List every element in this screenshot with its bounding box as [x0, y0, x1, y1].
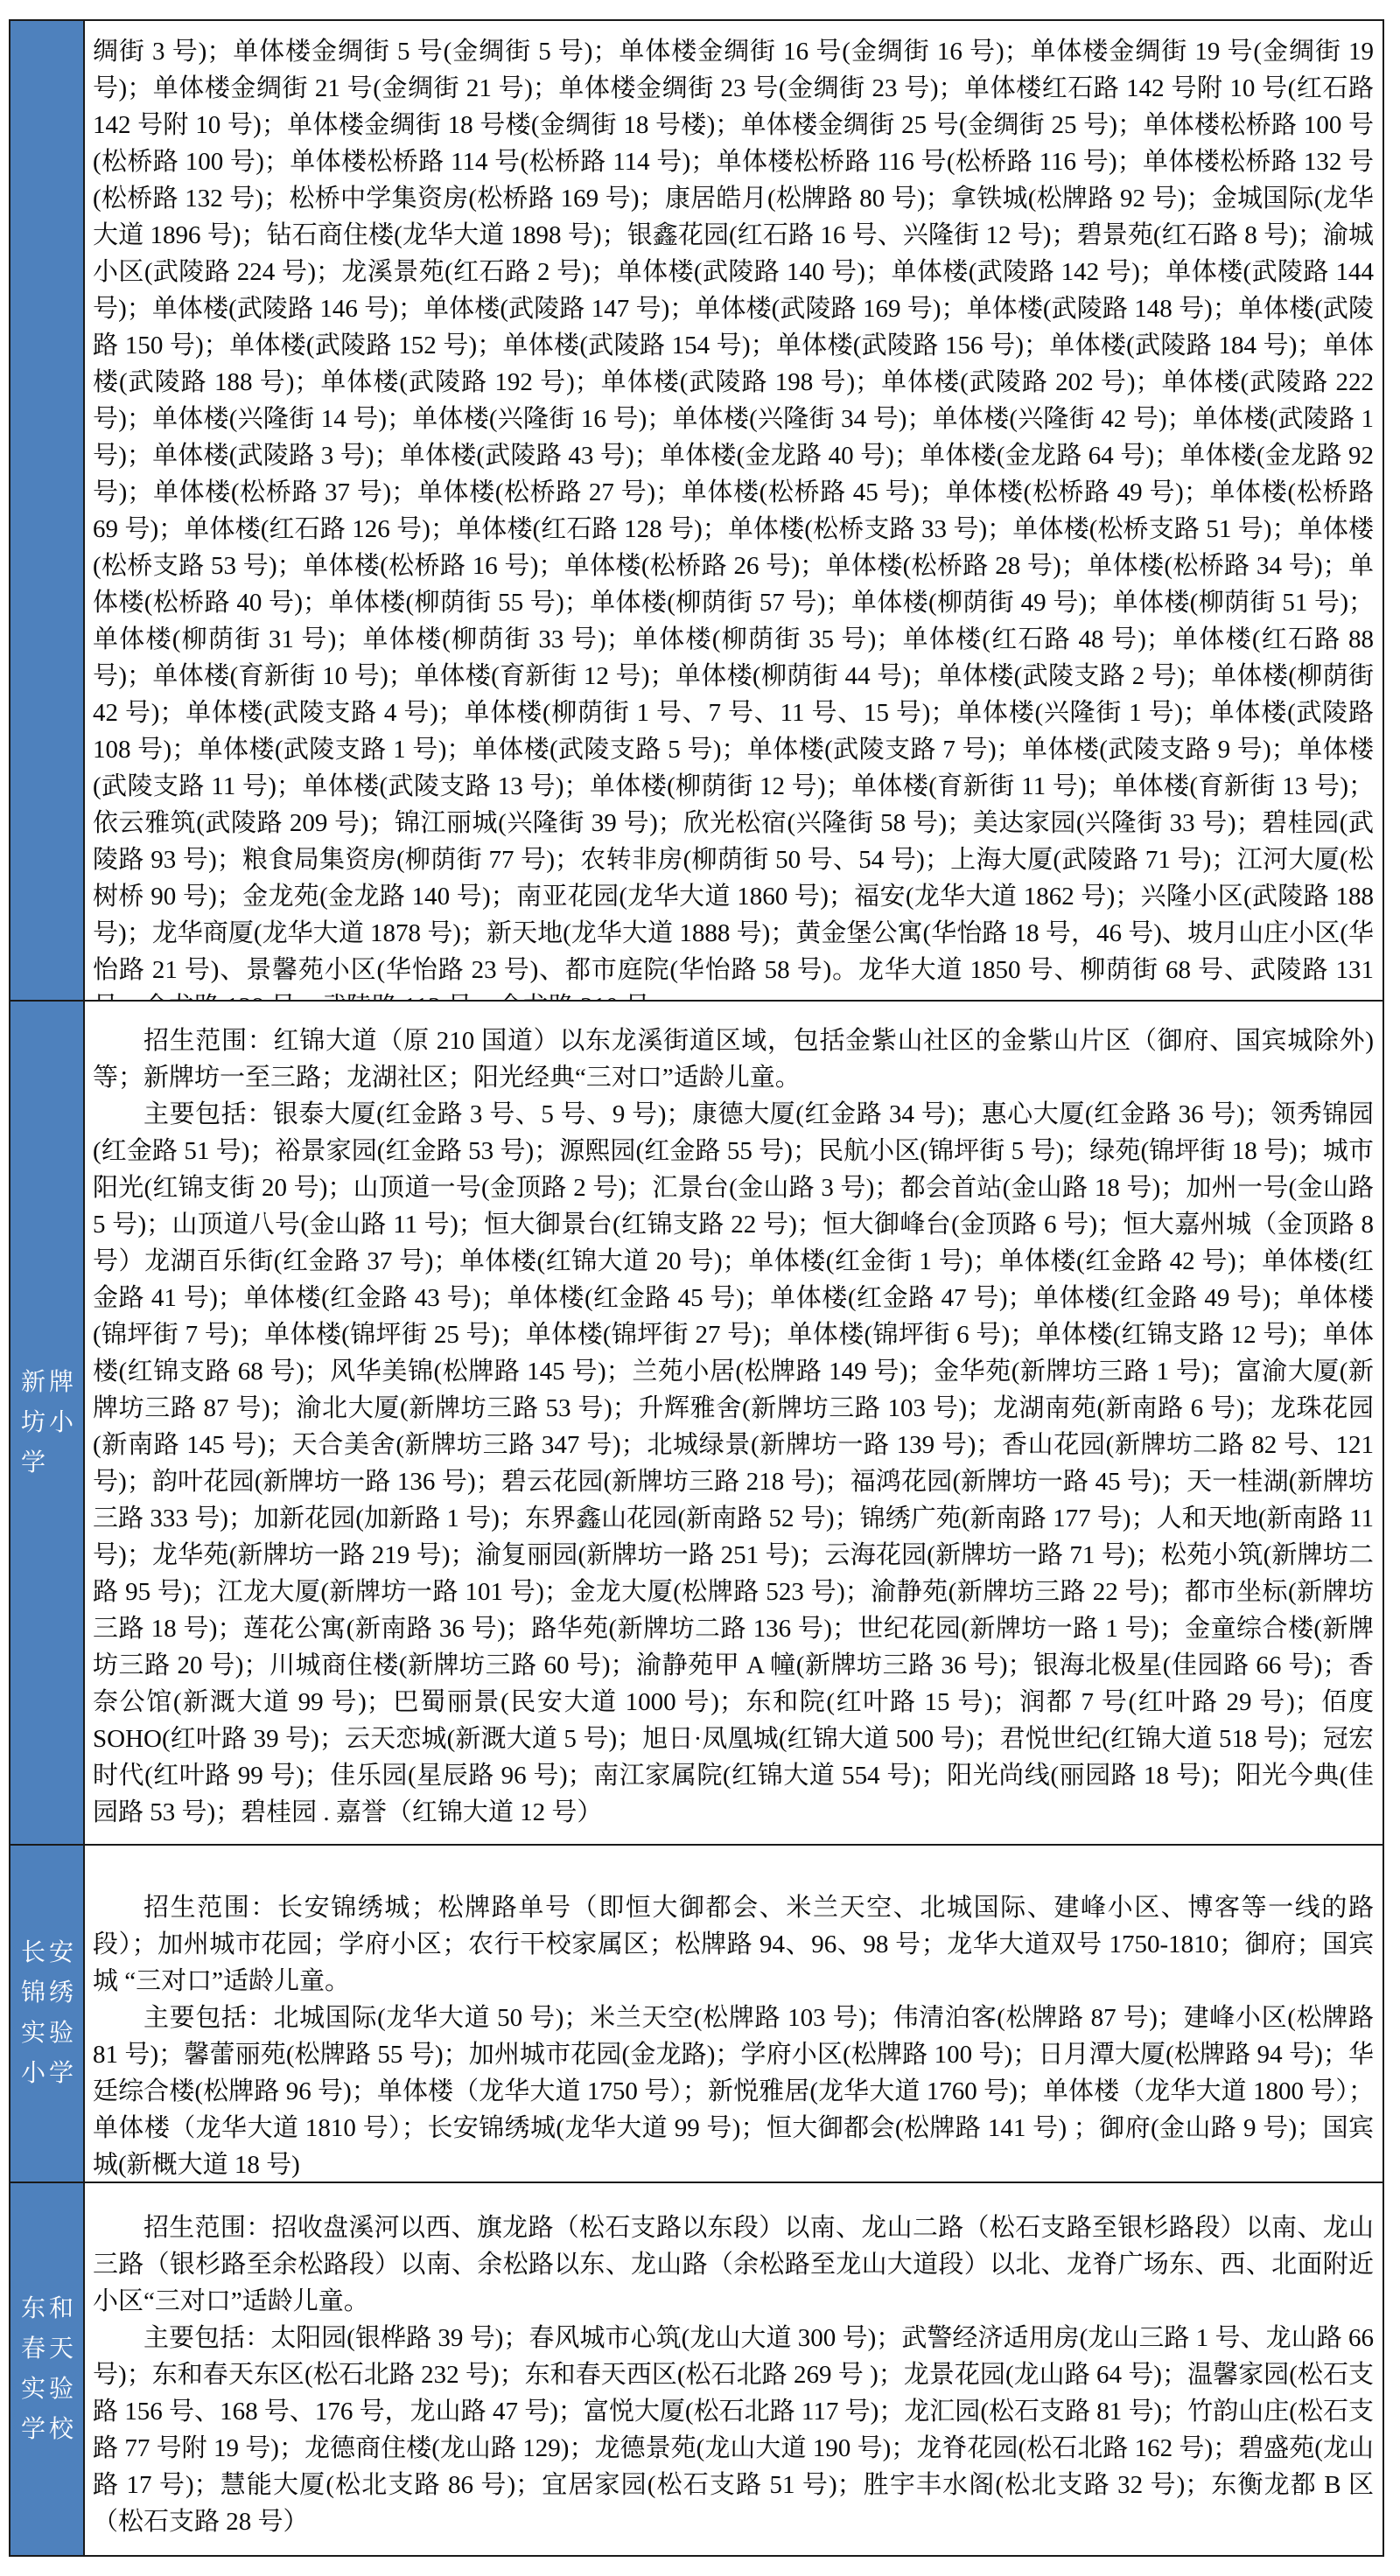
address-list-paragraph: 主要包括：北城国际(龙华大道 50 号)；米兰天空(松牌路 103 号)；伟清泊… [93, 2000, 1374, 2182]
school-name-cell: 东和春天实验学校 [10, 2183, 85, 2555]
school-name-label: 新牌坊小学 [21, 1363, 77, 1483]
school-name-cell: 长安锦绣实验小学 [10, 1846, 85, 2182]
zone-description-cell: 招生范围：招收盘溪河以西、旗龙路（松石支路以东段）以南、龙山二路（松石支路至银杉… [85, 2183, 1382, 2555]
table-row: 绸街 3 号)；单体楼金绸街 5 号(金绸街 5 号)；单体楼金绸街 16 号(… [10, 21, 1382, 1002]
address-list-paragraph: 主要包括：太阳园(银桦路 39 号)；春风城市心筑(龙山大道 300 号)；武警… [93, 2320, 1374, 2540]
address-list-paragraph: 绸街 3 号)；单体楼金绸街 5 号(金绸街 5 号)；单体楼金绸街 16 号(… [93, 33, 1374, 1000]
table-row: 长安锦绣实验小学 招生范围：长安锦绣城；松牌路单号（即恒大御都会、米兰天空、北城… [10, 1846, 1382, 2183]
school-name-cell: 新牌坊小学 [10, 1002, 85, 1844]
school-name-label: 东和春天实验学校 [21, 2289, 77, 2450]
school-name-label: 长安锦绣实验小学 [21, 1933, 77, 2094]
table-row: 东和春天实验学校 招生范围：招收盘溪河以西、旗龙路（松石支路以东段）以南、龙山二… [10, 2183, 1382, 2555]
enrollment-scope-paragraph: 招生范围：长安锦绣城；松牌路单号（即恒大御都会、米兰天空、北城国际、建峰小区、博… [93, 1889, 1374, 2000]
enrollment-zone-table: 绸街 3 号)；单体楼金绸街 5 号(金绸街 5 号)；单体楼金绸街 16 号(… [9, 19, 1384, 2557]
zone-description-cell: 绸街 3 号)；单体楼金绸街 5 号(金绸街 5 号)；单体楼金绸街 16 号(… [85, 21, 1382, 1000]
enrollment-scope-paragraph: 招生范围：红锦大道（原 210 国道）以东龙溪街道区域，包括金紫山社区的金紫山片… [93, 1023, 1374, 1096]
zone-description-cell: 招生范围：长安锦绣城；松牌路单号（即恒大御都会、米兰天空、北城国际、建峰小区、博… [85, 1846, 1382, 2182]
school-name-cell [10, 21, 85, 1000]
zone-description-cell: 招生范围：红锦大道（原 210 国道）以东龙溪街道区域，包括金紫山社区的金紫山片… [85, 1002, 1382, 1844]
address-list-paragraph: 主要包括：银泰大厦(红金路 3 号、5 号、9 号)；康德大厦(红金路 34 号… [93, 1096, 1374, 1831]
enrollment-scope-paragraph: 招生范围：招收盘溪河以西、旗龙路（松石支路以东段）以南、龙山二路（松石支路至银杉… [93, 2209, 1374, 2320]
table-row: 新牌坊小学 招生范围：红锦大道（原 210 国道）以东龙溪街道区域，包括金紫山社… [10, 1002, 1382, 1846]
